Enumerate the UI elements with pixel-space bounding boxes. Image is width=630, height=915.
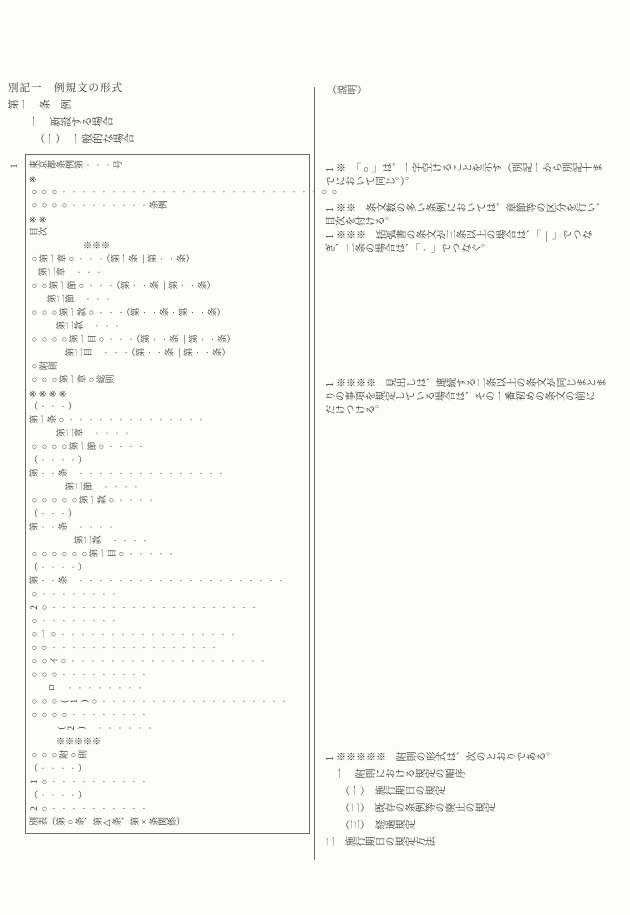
box-line: ○○○附○則 [29, 749, 306, 762]
box-line: 東京都条例第···号 [29, 159, 306, 172]
box-line: 第二節 ···· [29, 481, 306, 494]
note-line: 1※※ 条文数の多い条例においては、章節等の区分を行い、 [325, 203, 627, 217]
box-line: ○○○○第一節○···· [29, 441, 306, 454]
note-line: （二） 既存の条例等の廃止の規定 [325, 801, 627, 818]
box-line: ※※※※※ [29, 735, 306, 748]
note-line: ぎ、二条の場合は、「·」でつなぐ。 [325, 244, 627, 258]
box-line: 第··条 ···· [29, 521, 306, 534]
explanation-note: 1※※※※ 見出しは、連続する二条以上の条文が同じまとまりの事項を規定している場… [325, 378, 627, 419]
box-line: ○第一章○···（第一条―第··条） [29, 253, 306, 266]
box-line: ○○第一節○···（第··条―第··条） [29, 280, 306, 293]
box-line: ※※ [29, 213, 306, 226]
box-line: ※※※ [29, 239, 306, 252]
explanation-heading: （説明） [327, 85, 367, 99]
margin-note-number: 1 [10, 161, 20, 171]
box-line: ○········ [29, 588, 306, 601]
box-line: 目次 [29, 226, 306, 239]
box-line: ○○○········· [29, 668, 306, 681]
box-line: (2) ······ [29, 722, 306, 735]
note-line: 目次を付ける。 [325, 217, 627, 231]
box-line: ○○○○········ [29, 709, 306, 722]
box-line: 2○····················· [29, 601, 306, 614]
box-line: ロ ········ [29, 682, 306, 695]
note-line: だけつける。 [325, 405, 627, 419]
note-line: りの事項を規定している場合は、その一番初めの条文の前に [325, 392, 627, 406]
scanned-page: 別記一 例規文の形式 第一 条 例 一 新設する場合 （一） 一般的な場合 東京… [0, 0, 630, 915]
box-line: 第二章 ···· [29, 427, 306, 440]
box-line: 2○·········· [29, 803, 306, 816]
section-header-ippanteki: （一） 一般的な場合 [8, 131, 315, 148]
note-line: （一） 施行期日の規定 [325, 784, 627, 801]
box-line: ○○○○○○第一目○····· [29, 548, 306, 561]
box-line: ○○················· [29, 642, 306, 655]
box-line: ○○○○○第一款○···· [29, 494, 306, 507]
note-line: 一 附則における規定の順序 [325, 767, 627, 784]
example-section: 別記一 例規文の形式 第一 条 例 一 新設する場合 （一） 一般的な場合 東京… [0, 0, 315, 915]
box-line: 別表（第○条、第△条、第×条関係） [29, 816, 306, 829]
box-line: 第二款 ··· [29, 320, 306, 333]
box-line: 第二節 ··· [29, 293, 306, 306]
box-line: 第··条 ····················· [29, 575, 306, 588]
example-ordinance-box: 東京都条例第···号※○○○··························… [25, 154, 310, 834]
note-line: （三） 経過規定 [325, 818, 627, 835]
box-line: （···） [29, 400, 306, 413]
note-line: 二 施行期日の規定方法 [325, 835, 627, 852]
note-line: 1※※※※※ 附則の形式は、次のとおりである。 [325, 750, 627, 767]
box-line: （····） [29, 789, 306, 802]
box-line: 第二章 ··· [29, 266, 306, 279]
box-line: ○一○·················· [29, 628, 306, 641]
box-line: ○○○○第一目○···（第··条―第··条） [29, 333, 306, 346]
box-line: ○○○··························○○ [29, 186, 306, 199]
page-title: 別記一 例規文の形式 [8, 80, 315, 97]
box-line: （····） [29, 762, 306, 775]
box-line: 第二目 ···（第··条―第··条） [29, 347, 306, 360]
note-line: でにおいて同じ。）。 [325, 177, 627, 191]
box-line: ○········ [29, 615, 306, 628]
note-line: 1※※※ 括弧書の条文が三条以上の場合は、「―」でつな [325, 230, 627, 244]
rotated-document: 別記一 例規文の形式 第一 条 例 一 新設する場合 （一） 一般的な場合 東京… [0, 0, 630, 915]
explanation-section: （説明） 1※ 「○」は、一字空けることを示す（別記一から別記十までにおいて同じ… [315, 0, 630, 915]
box-line: 第一条○·············· [29, 414, 306, 427]
box-line: 第二款 ···· [29, 534, 306, 547]
box-line: ○附則 [29, 360, 306, 373]
box-line: ○○○第一款○···（第··条·第··条） [29, 306, 306, 319]
box-line: （···） [29, 508, 306, 521]
box-line: 第··条 ··············· [29, 467, 306, 480]
explanation-note: 1※※ 条文数の多い条例においては、章節等の区分を行い、目次を付ける。 [325, 203, 627, 230]
section-header-dai1-jorei: 第一 条 例 [8, 97, 315, 114]
box-line: （····） [29, 454, 306, 467]
box-line: ※ [29, 172, 306, 185]
note-line: 1※※※※ 見出しは、連続する二条以上の条文が同じまとま [325, 378, 627, 392]
explanation-note: 1※※※※※ 附則の形式は、次のとおりである。 一 附則における規定の順序 （一… [325, 750, 627, 852]
box-line: ○○○第一章○総則 [29, 374, 306, 387]
section-header-shinsetsu: 一 新設する場合 [8, 114, 315, 131]
box-line: （····） [29, 561, 306, 574]
note-line: 1※ 「○」は、一字空けることを示す（別記一から別記十ま [325, 163, 627, 177]
box-line: ○○○(1)○··················· [29, 695, 306, 708]
box-line: ○○イ○···················· [29, 655, 306, 668]
box-line: ※※※※ [29, 387, 306, 400]
box-line: 1○·········· [29, 776, 306, 789]
explanation-note: 1※※※ 括弧書の条文が三条以上の場合は、「―」でつなぎ、二条の場合は、「·」で… [325, 230, 627, 257]
box-line: ○○○○········条例 [29, 199, 306, 212]
explanation-note: 1※ 「○」は、一字空けることを示す（別記一から別記十までにおいて同じ。）。 [325, 163, 627, 190]
